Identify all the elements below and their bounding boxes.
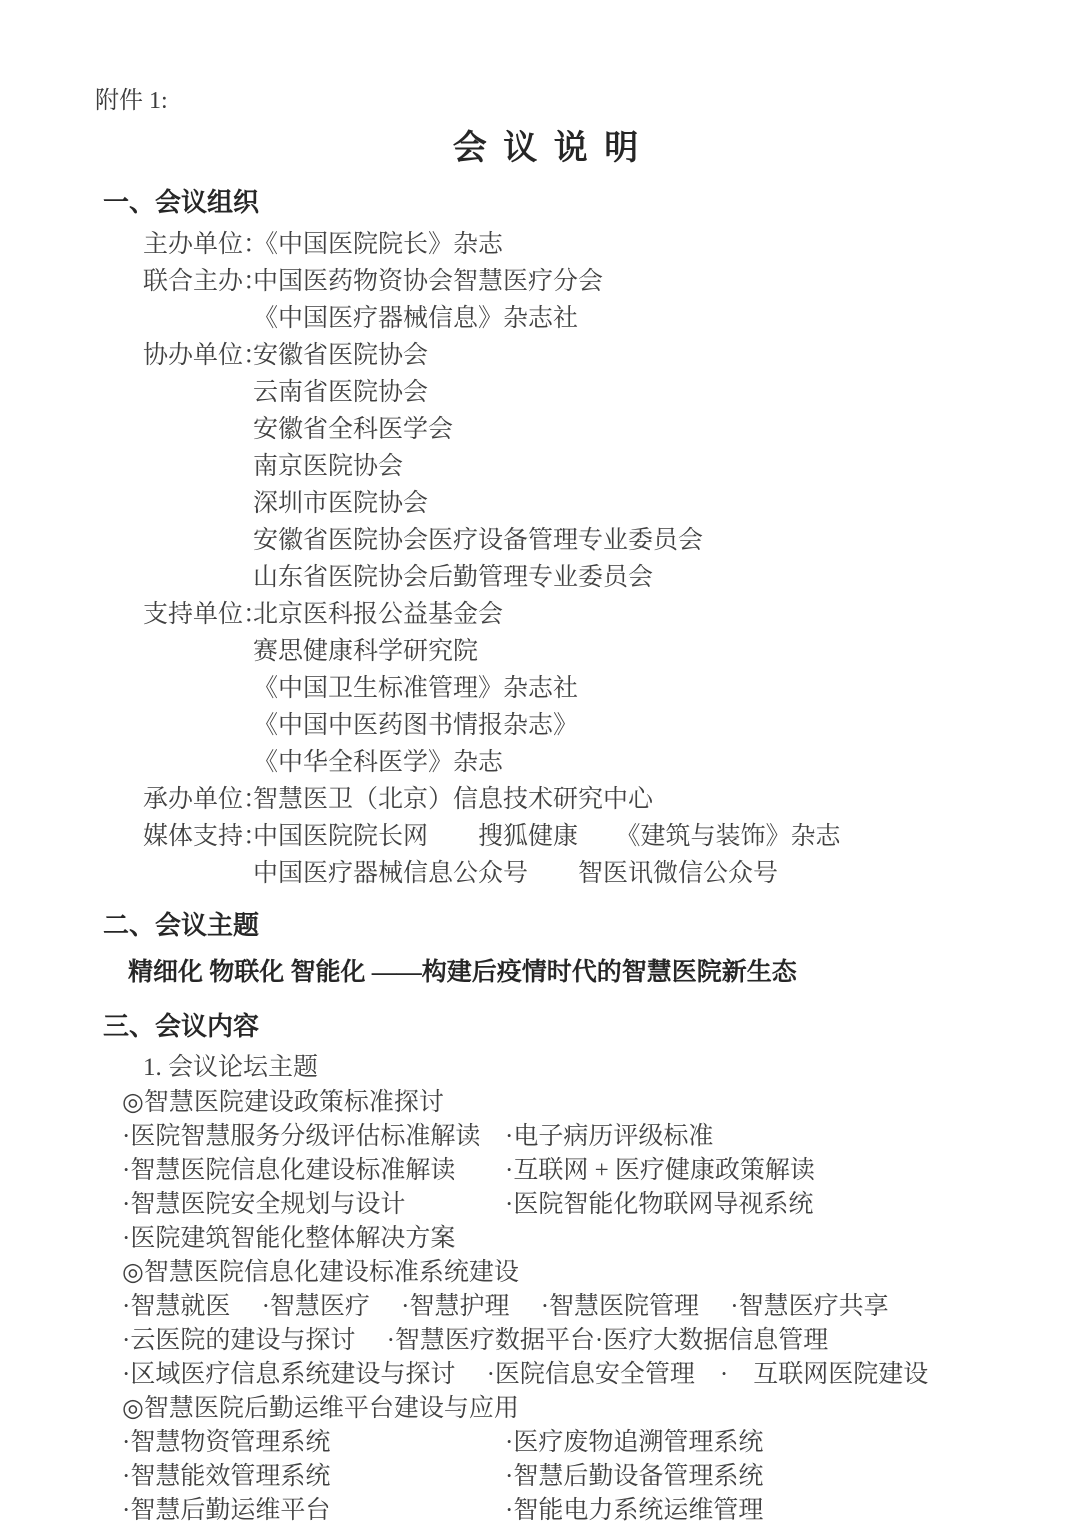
bullet-item: ·智慧后勤设备管理系统 xyxy=(505,1460,763,1494)
org-label: 主办单位： xyxy=(143,226,253,263)
bullet-item: ·智慧医院安全规划与设计 xyxy=(122,1188,505,1222)
org-line: 中国医药物资协会智慧医疗分会 xyxy=(253,263,1000,300)
bullet-item: ·医院智能化物联网导视系统 xyxy=(505,1188,813,1222)
org-line: 《中国医疗器械信息》杂志社 xyxy=(253,300,1000,337)
bullet-item: ·互联网 + 医疗健康政策解读 xyxy=(505,1154,815,1188)
org-line: 赛思健康科学研究院 xyxy=(253,633,1000,670)
org-line: 中国医院院长网 搜狐健康 《建筑与装饰》杂志 xyxy=(253,818,1000,855)
org-row-undertaker: 承办单位： 智慧医卫（北京）信息技术研究中心 xyxy=(143,781,1000,818)
group-title-informatization: ◎智慧医院信息化建设标准系统建设 xyxy=(122,1256,1000,1290)
org-label: 支持单位： xyxy=(143,596,253,781)
bullet-row: ·智慧就医 ·智慧医疗 ·智慧护理 ·智慧医院管理 ·智慧医疗共享 xyxy=(122,1290,1000,1324)
org-line: 中国医疗器械信息公众号 智医讯微信公众号 xyxy=(253,855,1000,892)
org-row-cohost: 联合主办： 中国医药物资协会智慧医疗分会 《中国医疗器械信息》杂志社 xyxy=(143,263,1000,337)
attachment-label: 附件 1: xyxy=(95,86,1000,116)
org-line: 《中国医院院长》杂志 xyxy=(253,226,1000,263)
group-title-logistics-platform: ◎智慧医院后勤运维平台建设与应用 xyxy=(122,1392,1000,1426)
org-line: 北京医科报公益基金会 xyxy=(253,596,1000,633)
org-line: 安徽省医院协会 xyxy=(253,337,1000,374)
bullet-row: ·医院建筑智能化整体解决方案 xyxy=(122,1222,1000,1256)
section-heading-theme: 二、会议主题 xyxy=(103,909,1000,943)
section-heading-organization: 一、会议组织 xyxy=(103,186,1000,220)
org-row-host: 主办单位： 《中国医院院长》杂志 xyxy=(143,226,1000,263)
org-line: 安徽省全科医学会 xyxy=(253,411,1000,448)
document-page: 附件 1: 会 议 说 明 一、会议组织 主办单位： 《中国医院院长》杂志 联合… xyxy=(0,0,1080,1527)
org-label: 联合主办： xyxy=(143,263,253,337)
org-line: 《中国卫生标准管理》杂志社 xyxy=(253,670,1000,707)
bullet-item: ·智慧医院信息化建设标准解读 xyxy=(122,1154,505,1188)
org-line: 《中华全科医学》杂志 xyxy=(253,744,1000,781)
bullet-item: ·智能电力系统运维管理 xyxy=(505,1494,763,1527)
forum-subheading: 1. 会议论坛主题 xyxy=(143,1050,1000,1086)
document-title: 会 议 说 明 xyxy=(95,129,1000,169)
bullet-row: ·智慧后勤运维平台 ·智能电力系统运维管理 xyxy=(122,1494,1000,1527)
bullet-row: ·区域医疗信息系统建设与探讨 ·医院信息安全管理 · 互联网医院建设 xyxy=(122,1358,1000,1392)
org-line: 智慧医卫（北京）信息技术研究中心 xyxy=(253,781,1000,818)
bullet-row: ·智慧能效管理系统 ·智慧后勤设备管理系统 xyxy=(122,1460,1000,1494)
org-line: 山东省医院协会后勤管理专业委员会 xyxy=(253,559,1000,596)
bullet-row: ·智慧物资管理系统 ·医疗废物追溯管理系统 xyxy=(122,1426,1000,1460)
bullet-item: ·医疗废物追溯管理系统 xyxy=(505,1426,763,1460)
theme-text: 精细化 物联化 智能化 ——构建后疫情时代的智慧医院新生态 xyxy=(128,953,1000,993)
bullet-item: ·智慧物资管理系统 xyxy=(122,1426,505,1460)
bullet-row: ·智慧医院安全规划与设计 ·医院智能化物联网导视系统 xyxy=(122,1188,1000,1222)
org-row-supporter: 支持单位： 北京医科报公益基金会 赛思健康科学研究院 《中国卫生标准管理》杂志社… xyxy=(143,596,1000,781)
section-heading-content: 三、会议内容 xyxy=(103,1010,1000,1044)
bullet-row: ·云医院的建设与探讨 ·智慧医疗数据平台·医疗大数据信息管理 xyxy=(122,1324,1000,1358)
org-row-coorganizer: 协办单位： 安徽省医院协会 云南省医院协会 安徽省全科医学会 南京医院协会 深圳… xyxy=(143,337,1000,596)
org-line: 云南省医院协会 xyxy=(253,374,1000,411)
org-row-media: 媒体支持： 中国医院院长网 搜狐健康 《建筑与装饰》杂志 中国医疗器械信息公众号… xyxy=(143,818,1000,892)
org-line: 《中国中医药图书情报杂志》 xyxy=(253,707,1000,744)
bullet-item: ·智慧能效管理系统 xyxy=(122,1460,505,1494)
org-line: 安徽省医院协会医疗设备管理专业委员会 xyxy=(253,522,1000,559)
org-label: 协办单位： xyxy=(143,337,253,596)
bullet-row: ·医院智慧服务分级评估标准解读 ·电子病历评级标准 xyxy=(122,1120,1000,1154)
org-line: 深圳市医院协会 xyxy=(253,485,1000,522)
org-label: 媒体支持： xyxy=(143,818,253,892)
bullet-item: ·智慧后勤运维平台 xyxy=(122,1494,505,1527)
bullet-item: ·电子病历评级标准 xyxy=(505,1120,713,1154)
org-label: 承办单位： xyxy=(143,781,253,818)
bullet-row: ·智慧医院信息化建设标准解读 ·互联网 + 医疗健康政策解读 xyxy=(122,1154,1000,1188)
group-title-policy-standards: ◎智慧医院建设政策标准探讨 xyxy=(122,1086,1000,1120)
bullet-item: ·医院智慧服务分级评估标准解读 xyxy=(122,1120,505,1154)
bullet-item: ·医院建筑智能化整体解决方案 xyxy=(122,1222,505,1256)
org-line: 南京医院协会 xyxy=(253,448,1000,485)
